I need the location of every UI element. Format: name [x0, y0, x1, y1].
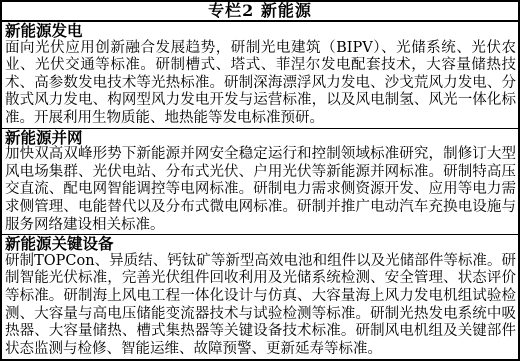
section-body: 面向光伏应用创新融合发展趋势，研制光电建筑（BIPV）、光储系统、光伏农业、光伏… — [5, 40, 516, 128]
section-heading: 新能源关键设备 — [5, 235, 516, 253]
section-new-energy-grid-connection: 新能源并网 加快双高双峰形势下新能源并网安全稳定运行和控制领域标准研究，制修订大… — [2, 128, 518, 235]
section-heading: 新能源并网 — [5, 129, 516, 147]
section-new-energy-key-equipment: 新能源关键设备 研制TOPCon、异质结、钙钛矿等新型高效电池和组件以及光储部件… — [2, 234, 518, 358]
section-new-energy-generation: 新能源发电 面向光伏应用创新融合发展趋势，研制光电建筑（BIPV）、光储系统、光… — [2, 22, 518, 128]
section-body: 研制TOPCon、异质结、钙钛矿等新型高效电池和组件以及光储部件等标准。研制智能… — [5, 253, 516, 359]
section-heading: 新能源发电 — [5, 22, 516, 40]
section-body: 加快双高双峰形势下新能源并网安全稳定运行和控制领域标准研究，制修订大型风电场集群… — [5, 146, 516, 234]
column-title: 专栏2 新能源 — [2, 2, 518, 22]
column-box: 专栏2 新能源 新能源发电 面向光伏应用创新融合发展趋势，研制光电建筑（BIPV… — [0, 0, 520, 361]
